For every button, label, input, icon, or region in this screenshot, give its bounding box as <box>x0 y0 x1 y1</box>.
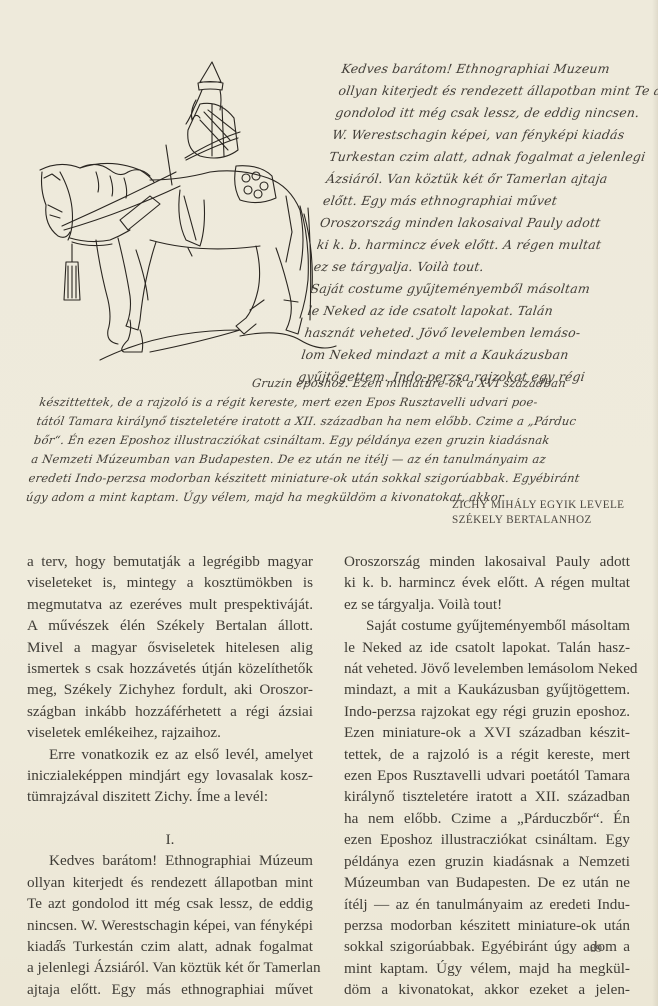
handwriting-line: Ázsiáról. Van köztük két őr Tamerlan ajt… <box>325 168 658 190</box>
caption-line-1: ZICHY MIHÁLY EGYIK LEVELE <box>452 498 652 513</box>
text-line: ki k. b. harmincz évek előtt. A régen mu… <box>344 572 630 593</box>
handwriting-line: Turkestan czim alatt, adnak fogalmat a j… <box>328 146 658 168</box>
text-line: viseleteket is, mintegy a kosztümökben i… <box>27 572 313 593</box>
text-line: Kedves barátom! Ethnographiai Múzeum <box>27 850 313 871</box>
text-line: Oroszország minden lakosaival Pauly adot… <box>344 551 630 572</box>
text-line: kiadás Turkestán czim alatt, adnak fogal… <box>27 936 313 957</box>
illustration-letter: Kedves barátom! Ethnographiai Muzeum oll… <box>0 0 658 490</box>
page-number-right: 89 <box>590 941 602 956</box>
text-line: Múzeumban van Budapesten. De ez után ne <box>344 872 630 893</box>
text-line: ajtaja előtt. Egy más ethnographiai műve… <box>27 979 313 1000</box>
book-page: Kedves barátom! Ethnographiai Muzeum oll… <box>0 0 658 1006</box>
handwriting-line: bőr“. Én ezen Eposhoz illustracziókat cs… <box>33 431 636 450</box>
handwriting-line: lom Neked mindazt a mit a Kaukázusban <box>300 344 638 366</box>
text-line: megmutatva az ezeréves mult prespektiváj… <box>27 594 313 615</box>
text-line: ismertek s csak hozzávetés útján közelít… <box>27 658 313 679</box>
text-line: viseletek emlékeihez, rajzaihoz. <box>27 722 313 743</box>
right-text-column: Oroszország minden lakosaival Pauly adot… <box>344 551 630 1001</box>
handwriting-line: Gruzin eposhoz. Ezen miniature-ok a XVI … <box>41 374 644 393</box>
handwriting-line: ki k. b. harmincz évek előtt. A régen mu… <box>315 234 653 256</box>
text-line: nát veheted. Jövő levelemben lemásolom N… <box>344 658 630 679</box>
text-line: Indo-perzsa rajzokat egy régi gruzin epo… <box>344 701 630 722</box>
text-line: ítélj — az én tanulmányaim az eredeti In… <box>344 894 630 915</box>
text-line: Erre vonatkozik ez az első levél, amelye… <box>27 744 313 765</box>
handwriting-line: előtt. Egy más ethnographiai művet <box>322 190 658 212</box>
text-line: ez se tárgyalja. Voilà tout! <box>344 594 630 615</box>
text-line: mindazt, a mit a Kaukázusban gyűjtögette… <box>344 679 630 700</box>
text-line: ha nem előbb. Czime a „Párduczbőr“. Én <box>344 808 630 829</box>
handwriting-line: le Neked az ide csatolt lapokat. Talán <box>306 300 644 322</box>
handwritten-letter-lower: Gruzin eposhoz. Ezen miniature-ok a XVI … <box>25 374 644 507</box>
letter-number-heading: I. <box>27 829 313 850</box>
text-line: mint kaptam. Úgy vélem, majd ha megkül- <box>344 958 630 979</box>
handwritten-letter-upper: Kedves barátom! Ethnographiai Muzeum oll… <box>297 58 658 388</box>
handwriting-line: a Nemzeti Múzeumban van Budapesten. De e… <box>30 450 633 469</box>
text-line: A művészek élén Székely Bertalan állott. <box>27 615 313 636</box>
blank-line <box>27 808 313 829</box>
handwriting-line: Kedves barátom! Ethnographiai Muzeum <box>340 58 658 80</box>
left-text-column: a terv, hogy bemutatják a legrégibb magy… <box>27 551 313 1000</box>
text-line: meg, Székely Zichyhez fordult, aki Orosz… <box>27 679 313 700</box>
handwriting-line: hasznát veheted. Jövő levelemben lemáso- <box>303 322 641 344</box>
text-line: perzsa modorban készitett miniature-ok u… <box>344 915 630 936</box>
text-line: ezen Eposhoz illustracziókat csináltam. … <box>344 829 630 850</box>
text-line: ezen Epos Rusztavelli udvari poetától Ta… <box>344 765 630 786</box>
page-number-left: 7 <box>56 938 62 950</box>
text-line: ollyan kiterjedt és rendezett állapotban… <box>27 872 313 893</box>
text-line: Ezen miniature-ok a XVI században készit… <box>344 722 630 743</box>
handwriting-line: W. Werestschagin képei, van fényképi kia… <box>331 124 658 146</box>
handwriting-line: tától Tamara királynő tiszteletére irato… <box>35 412 638 431</box>
handwriting-line: ez se tárgyalja. Voilà tout. <box>312 256 650 278</box>
text-line: tümrajzával diszitett Zichy. Íme a levél… <box>27 786 313 807</box>
handwriting-line: Oroszország minden lakosaival Pauly adot… <box>318 212 656 234</box>
text-line: nincsen. W. Werestschagin képei, van fén… <box>27 915 313 936</box>
handwriting-line: ollyan kiterjedt és rendezett állapotban… <box>337 80 658 102</box>
text-line: Saját costume gyűjteményemből másoltam <box>344 615 630 636</box>
text-line: példánya ezen gruzin kiadásnak a Nemzeti <box>344 851 630 872</box>
handwriting-line: gondolod itt még csak lessz, de eddig ni… <box>334 102 658 124</box>
text-line: Te azt gondolod itt még csak lessz, de e… <box>27 893 313 914</box>
handwriting-line: eredeti Indo-perzsa modorban készitett m… <box>27 469 630 488</box>
text-line: le Neked az ide csatolt lapokat. Talán h… <box>344 637 630 658</box>
text-line: sokkal szigorúabbak. Egyébiránt úgy adom… <box>344 936 630 957</box>
figure-caption: ZICHY MIHÁLY EGYIK LEVELE SZÉKELY BERTAL… <box>452 498 652 528</box>
text-line: szágban inkább hozzáférhetett a régi ázs… <box>27 701 313 722</box>
text-line: tettek, de a rajzoló is a régit kereste,… <box>344 744 630 765</box>
text-line: királynő tiszteletére iratott a XII. szá… <box>344 786 630 807</box>
text-line: Mivel a magyar ősviseletek hitelesen ali… <box>27 637 313 658</box>
handwriting-line: készittettek, de a rajzoló is a régit ke… <box>38 393 641 412</box>
text-line: döm a kivonatokat, akkor ezeket a jelen- <box>344 979 630 1000</box>
caption-line-2: SZÉKELY BERTALANHOZ <box>452 513 652 528</box>
text-line: iniczialeképpen mindjárt egy lovasalak k… <box>27 765 313 786</box>
text-line: a jelenlegi Ázsiáról. Van köztük két őr … <box>27 957 313 978</box>
handwriting-line: Saját costume gyűjteményemből másoltam <box>309 278 647 300</box>
page-edge-shadow <box>652 0 658 1006</box>
text-line: a terv, hogy bemutatják a legrégibb magy… <box>27 551 313 572</box>
